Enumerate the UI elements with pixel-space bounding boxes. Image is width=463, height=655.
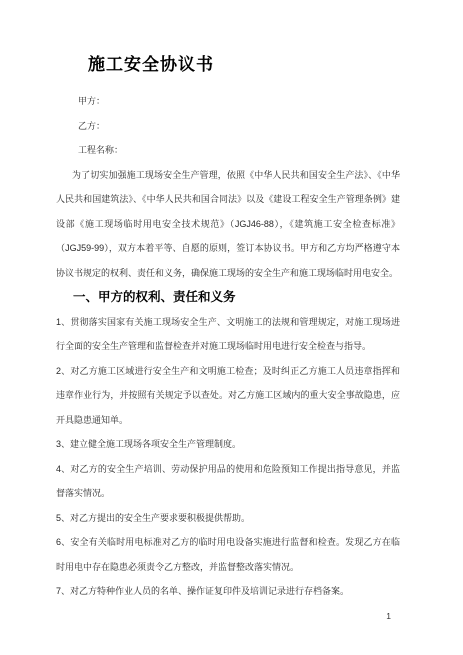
- document-page: 施工安全协议书 甲方： 乙方： 工程名称： 为了切实加强施工现场安全生产管理，依…: [0, 0, 463, 655]
- section-1-item-5: 5、对乙方提出的安全生产要求要积极提供帮助。: [56, 506, 400, 531]
- party-a-line: 甲方：: [78, 89, 400, 114]
- preamble-paragraph: 为了切实加强施工现场安全生产管理，依照《中华人民共和国安全生产法》、《中华人民共…: [56, 163, 400, 286]
- section-1-item-6: 6、安全有关临时用电标准对乙方的临时用电设备实施进行监督和检查。发现乙方在临时用…: [56, 530, 400, 579]
- page-footer: 1: [56, 606, 400, 624]
- page-number: 1: [386, 611, 391, 621]
- party-b-line: 乙方：: [78, 114, 400, 139]
- section-1-item-2: 2、对乙方施工区域进行安全生产和文明施工检查；及时纠正乙方施工人员违章指挥和违章…: [56, 359, 400, 433]
- section-1-item-7: 7、对乙方特种作业人员的名单、操作证复印件及培训记录进行存档备案。: [56, 579, 400, 604]
- document-title: 施工安全协议书: [88, 52, 400, 78]
- section-1-item-1: 1、贯彻落实国家有关施工现场安全生产、文明施工的法规和管理规定，对施工现场进行全…: [56, 310, 400, 359]
- section-1-item-3: 3、建立健全施工现场各项安全生产管理制度。: [56, 432, 400, 457]
- project-name-line: 工程名称：: [78, 138, 400, 163]
- section-1-item-4: 4、对乙方的安全生产培训、劳动保护用品的使用和危险预知工作提出指导意见，并监督落…: [56, 457, 400, 506]
- section-1-heading: 一、甲方的权利、责任和义务: [73, 285, 400, 310]
